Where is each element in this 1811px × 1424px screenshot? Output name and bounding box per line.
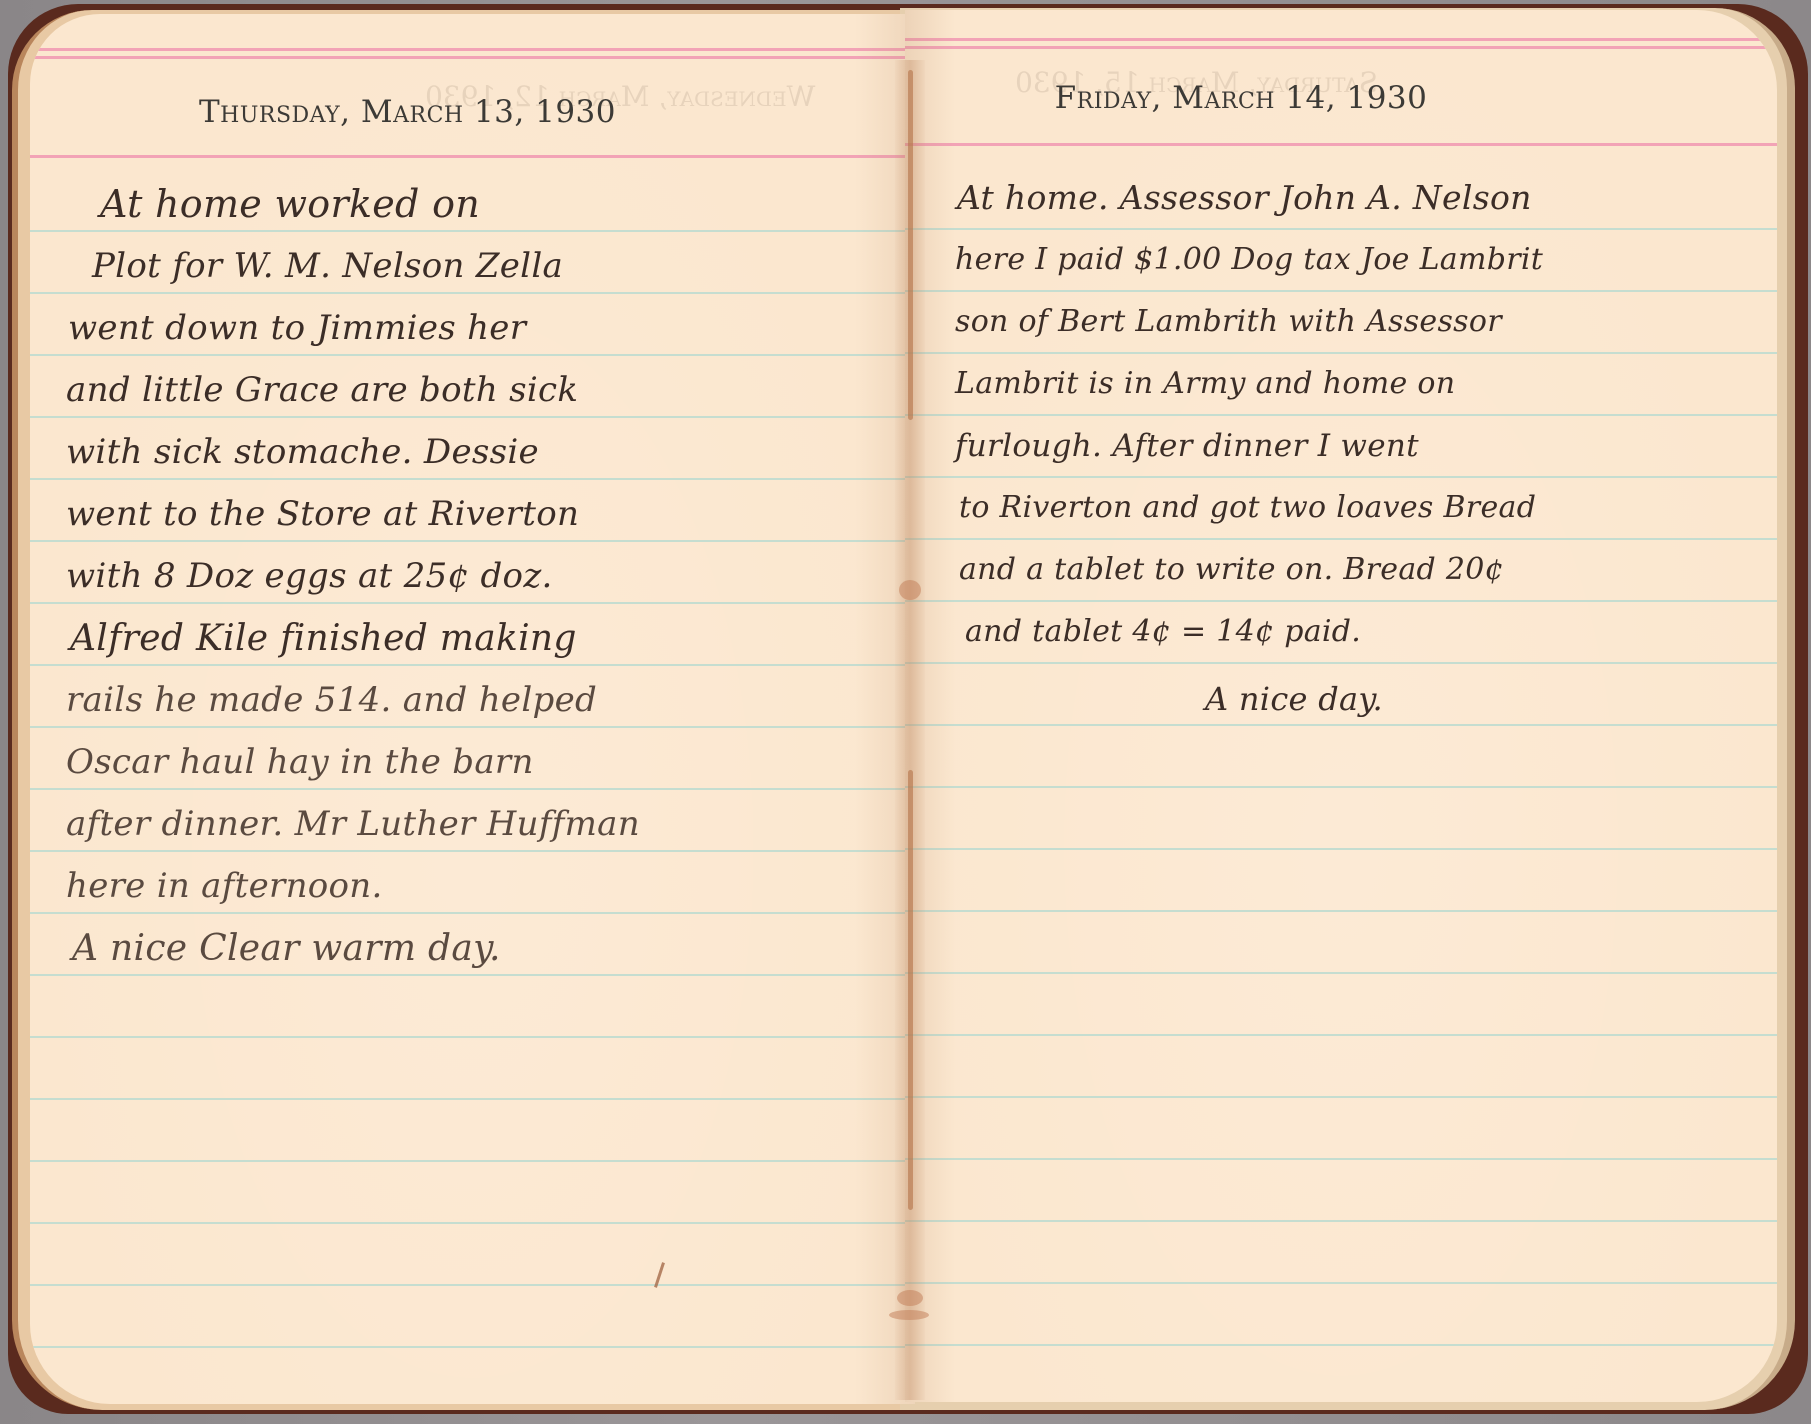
ruled-line xyxy=(30,1346,915,1348)
ruled-line xyxy=(30,230,915,232)
page-date-header: Friday, March 14, 1930 xyxy=(905,80,1777,116)
ruled-line xyxy=(905,1344,1777,1346)
entry-line: went down to Jimmies her xyxy=(68,308,526,348)
left-page: Wednesday, March 12, 1930 Thursday, Marc… xyxy=(30,14,915,1404)
ruled-line xyxy=(905,1034,1777,1036)
pink-rule-top-1 xyxy=(905,38,1777,41)
entry-line: At home worked on xyxy=(100,182,480,226)
ruled-line xyxy=(30,1222,915,1224)
ruled-line xyxy=(905,600,1777,602)
ruled-line xyxy=(905,538,1777,540)
ruled-line xyxy=(30,974,915,976)
entry-line: and tablet 4¢ = 14¢ paid. xyxy=(965,614,1361,649)
ruled-line xyxy=(30,416,915,418)
ruled-line xyxy=(905,724,1777,726)
right-page: Saturday, March 15, 1930 Friday, March 1… xyxy=(905,10,1777,1402)
ruled-line xyxy=(30,850,915,852)
entry-line: Alfred Kile finished making xyxy=(70,618,577,659)
spine-stitch xyxy=(908,70,913,420)
entry-line: here in afternoon. xyxy=(66,866,383,906)
ruled-line xyxy=(905,228,1777,230)
entry-line: and a tablet to write on. Bread 20¢ xyxy=(959,552,1504,587)
ruled-line xyxy=(30,664,915,666)
ruled-line xyxy=(905,1282,1777,1284)
entry-line: Lambrit is in Army and home on xyxy=(955,366,1455,401)
ruled-line xyxy=(905,972,1777,974)
entry-line: and little Grace are both sick xyxy=(66,370,578,410)
ruled-line xyxy=(30,788,915,790)
spine-stain xyxy=(897,1290,923,1306)
entry-line: A nice Clear warm day. xyxy=(72,928,501,969)
ruled-line xyxy=(905,1220,1777,1222)
spine-stain xyxy=(899,580,921,600)
entry-line: went to the Store at Riverton xyxy=(66,494,579,534)
entry-line: furlough. After dinner I went xyxy=(955,428,1419,464)
ruled-line xyxy=(905,1096,1777,1098)
entry-line: to Riverton and got two loaves Bread xyxy=(959,490,1536,525)
pink-rule-top-2 xyxy=(30,56,915,59)
entry-line: son of Bert Lambrith with Assessor xyxy=(955,304,1502,339)
entry-line: Oscar haul hay in the barn xyxy=(66,742,534,782)
ruled-line xyxy=(30,540,915,542)
ruled-line xyxy=(30,292,915,294)
ruled-line xyxy=(905,848,1777,850)
ruled-line xyxy=(30,1284,915,1286)
pink-rule-header xyxy=(30,155,915,158)
ruled-line xyxy=(30,354,915,356)
ruled-line xyxy=(905,1158,1777,1160)
ruled-line xyxy=(905,290,1777,292)
ruled-line xyxy=(905,414,1777,416)
ruled-line xyxy=(30,478,915,480)
entry-line: rails he made 514. and helped xyxy=(66,680,597,720)
spine-stitch xyxy=(908,770,913,1210)
entry-line: here I paid $1.00 Dog tax Joe Lambrit xyxy=(955,242,1543,277)
book-spine xyxy=(895,60,925,1400)
pink-rule-top-1 xyxy=(30,48,915,51)
spine-stain xyxy=(889,1310,929,1320)
page-date-header: Thursday, March 13, 1930 xyxy=(30,94,915,130)
entry-line: with 8 Doz eggs at 25¢ doz. xyxy=(66,556,553,596)
entry-line: A nice day. xyxy=(1205,680,1383,718)
ruled-line xyxy=(30,1160,915,1162)
pink-rule-header xyxy=(905,143,1777,146)
ruled-line xyxy=(905,786,1777,788)
ruled-line xyxy=(30,602,915,604)
ruled-line xyxy=(30,726,915,728)
entry-line: with sick stomache. Dessie xyxy=(66,432,539,472)
pink-rule-top-2 xyxy=(905,46,1777,49)
ruled-line xyxy=(30,912,915,914)
ruled-line xyxy=(905,352,1777,354)
entry-line: At home. Assessor John A. Nelson xyxy=(957,178,1532,217)
entry-line: after dinner. Mr Luther Huffman xyxy=(66,804,640,844)
entry-line: Plot for W. M. Nelson Zella xyxy=(92,246,563,286)
ruled-line xyxy=(905,476,1777,478)
ruled-line xyxy=(30,1098,915,1100)
ruled-line xyxy=(905,662,1777,664)
ruled-line xyxy=(905,910,1777,912)
ruled-line xyxy=(30,1036,915,1038)
